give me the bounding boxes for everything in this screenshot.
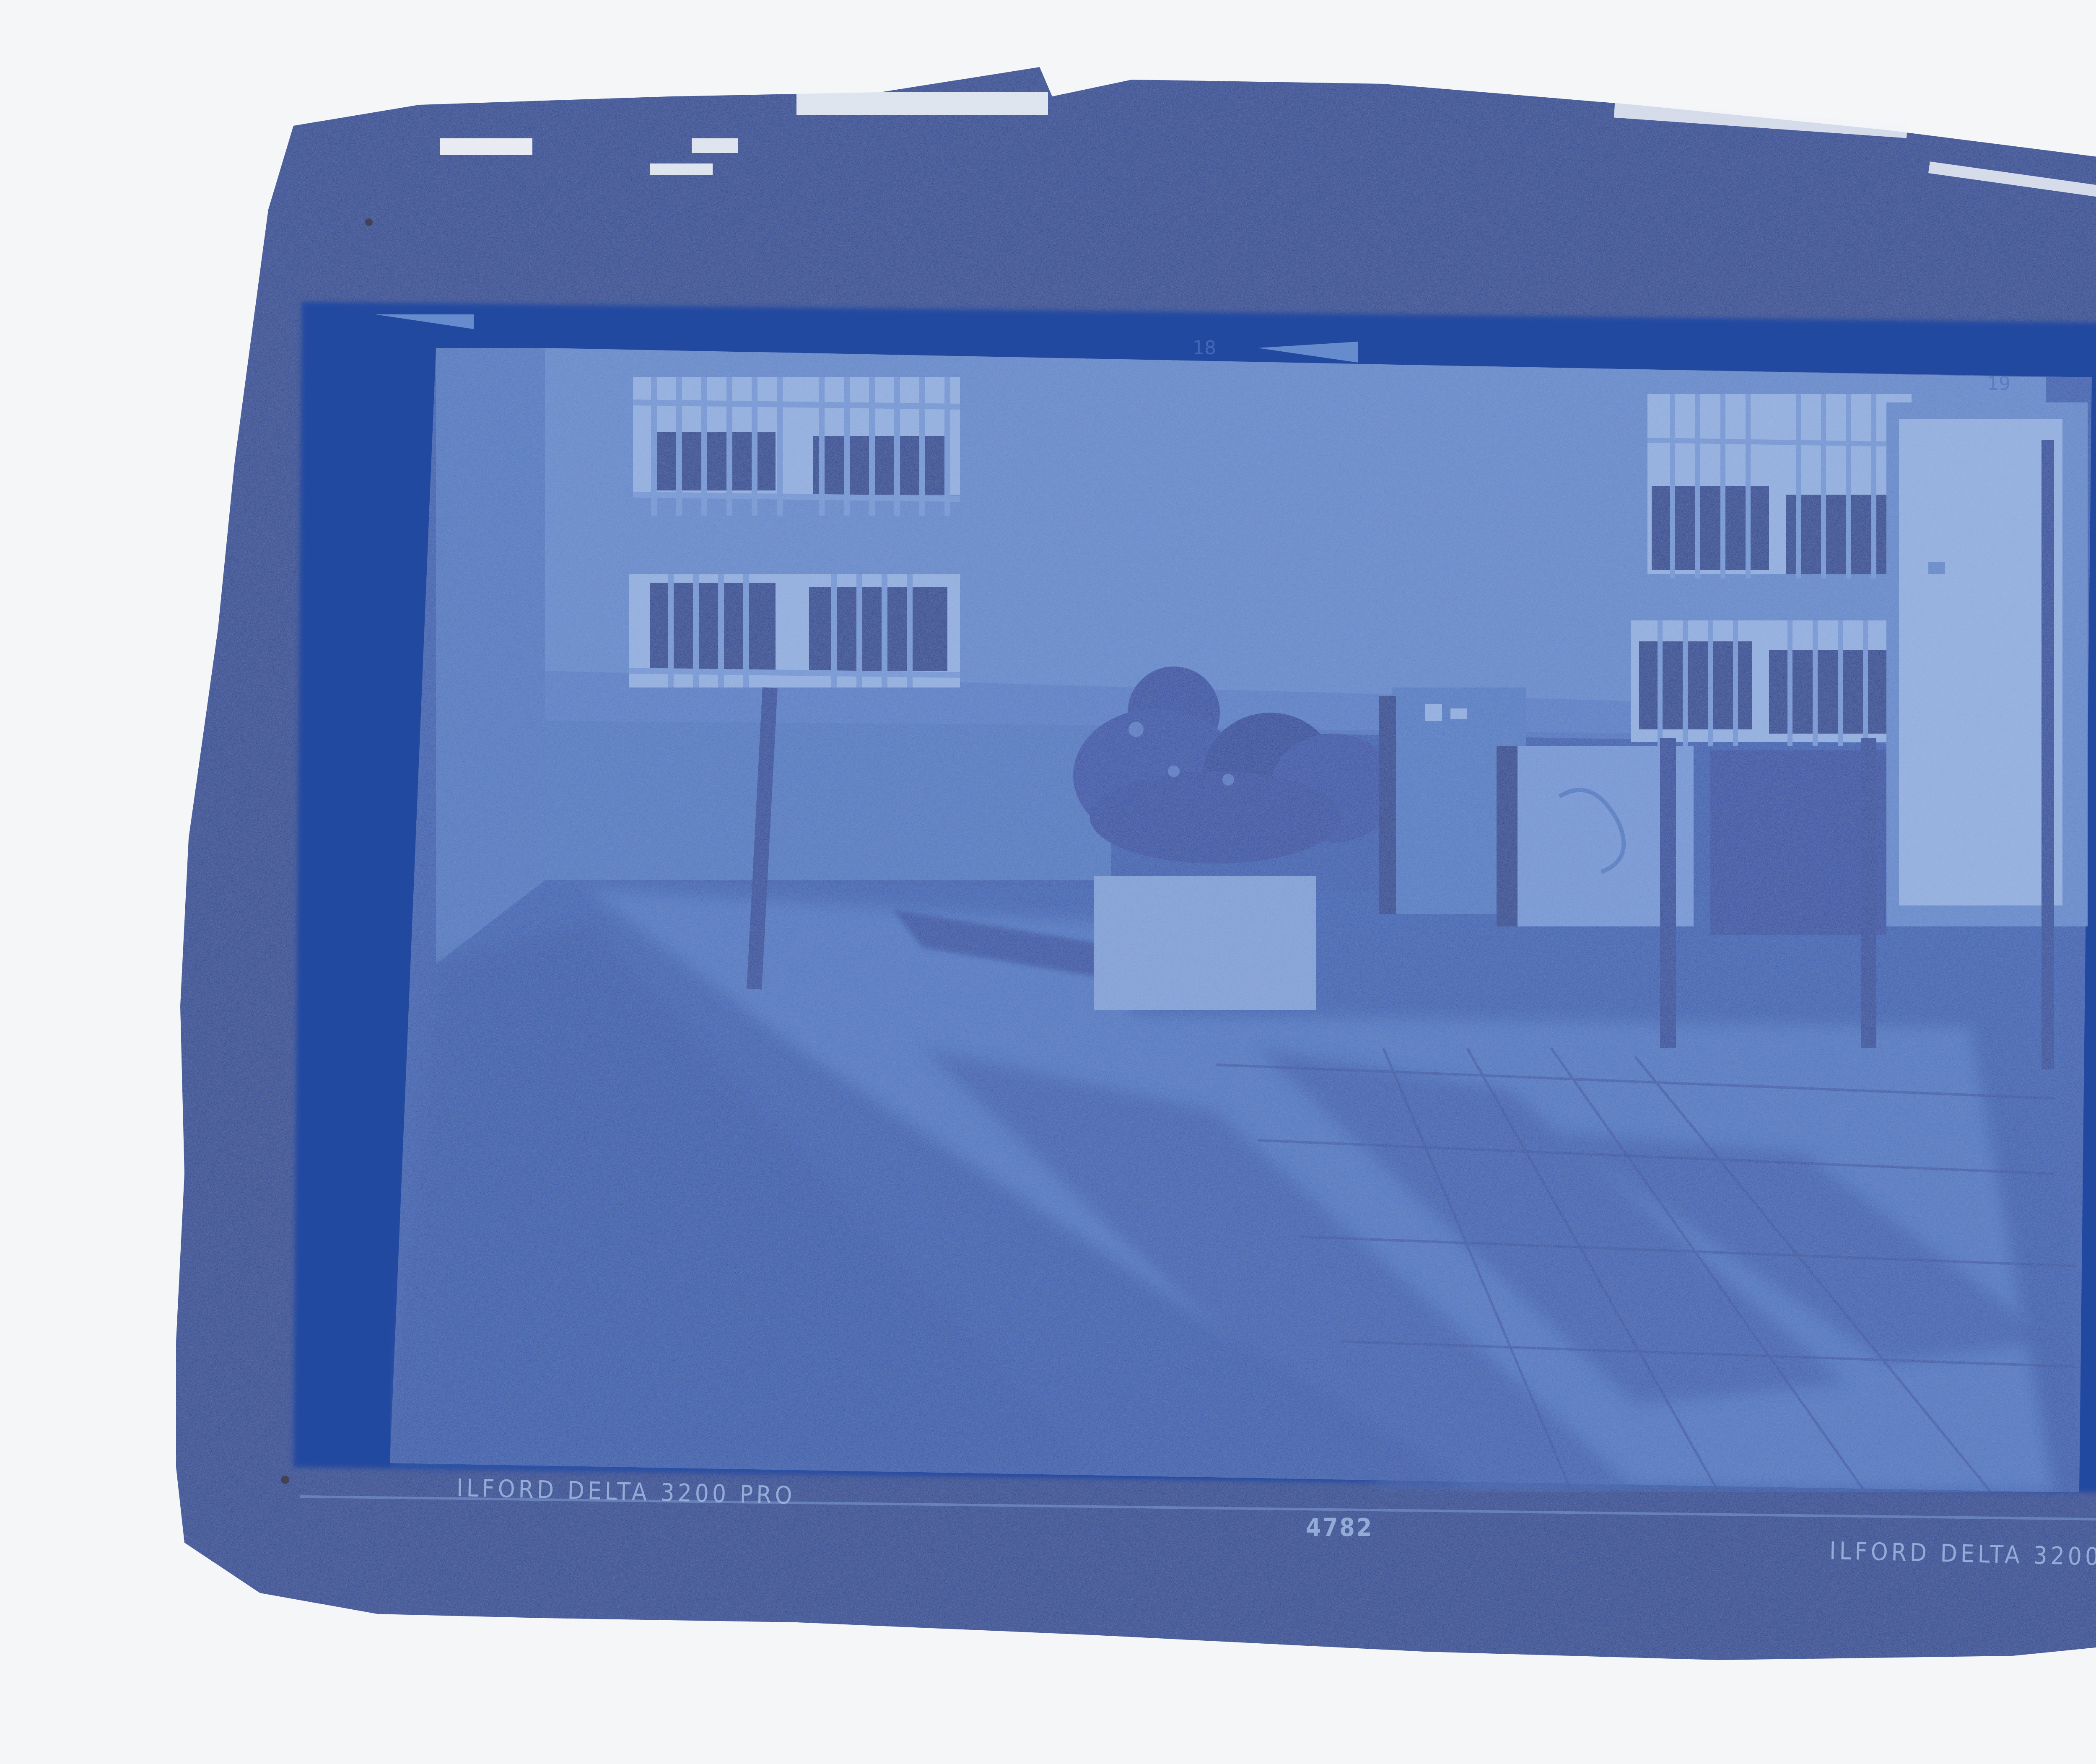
cyanotype-print [0, 0, 2096, 1764]
edge-marker-number-mid: 18 [1193, 337, 1216, 359]
barred-windows-left-lower [629, 574, 960, 687]
film-frame-number: 4782 [1306, 1513, 1373, 1542]
poster-board [1886, 402, 2088, 926]
plinth [1094, 876, 1316, 1010]
dark-utility-box [1710, 750, 1886, 935]
barred-windows-right-lower [1631, 620, 1899, 746]
barred-windows-right-upper [1647, 394, 1912, 578]
photo-image [390, 348, 2092, 1492]
edge-marker-number-right: 19 [1987, 373, 2010, 394]
